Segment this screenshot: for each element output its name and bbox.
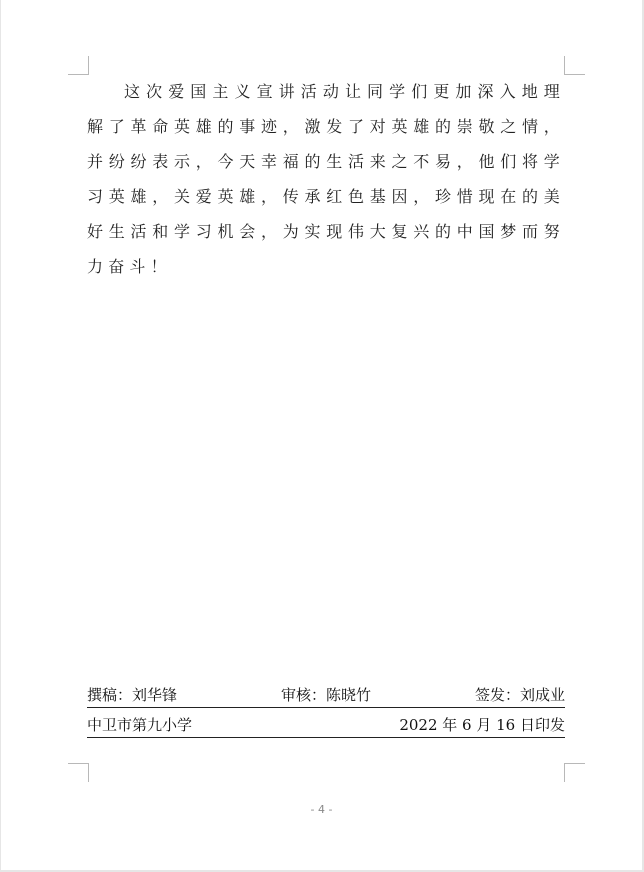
body-text: 这次爱国主义宣讲活动让同学们更加深入地理解了革命英雄的事迹，激发了对英雄的崇敬之…	[87, 74, 565, 284]
organization-name: 中卫市第九小学	[87, 714, 192, 735]
crop-mark-bottom-left	[68, 763, 89, 782]
issuer-label: 签发：刘成业	[475, 684, 565, 705]
page-number: - 4 -	[1, 803, 642, 816]
issue-date: 2022 年 6 月 16 日印发	[399, 714, 565, 735]
reviewer-label: 审核：陈晓竹	[281, 684, 371, 705]
divider-line	[87, 737, 565, 738]
signature-row: 撰稿：刘华锋 审核：陈晓竹 签发：刘成业	[87, 684, 565, 705]
document-page: 这次爱国主义宣讲活动让同学们更加深入地理解了革命英雄的事迹，激发了对英雄的崇敬之…	[1, 0, 642, 870]
crop-mark-top-right	[564, 56, 585, 75]
divider-line	[87, 707, 565, 708]
crop-mark-top-left	[68, 56, 89, 75]
body-paragraph: 这次爱国主义宣讲活动让同学们更加深入地理解了革命英雄的事迹，激发了对英雄的崇敬之…	[87, 74, 565, 284]
drafter-label: 撰稿：刘华锋	[87, 684, 177, 705]
crop-mark-bottom-right	[564, 763, 585, 782]
issuance-row: 中卫市第九小学 2022 年 6 月 16 日印发	[87, 714, 565, 735]
